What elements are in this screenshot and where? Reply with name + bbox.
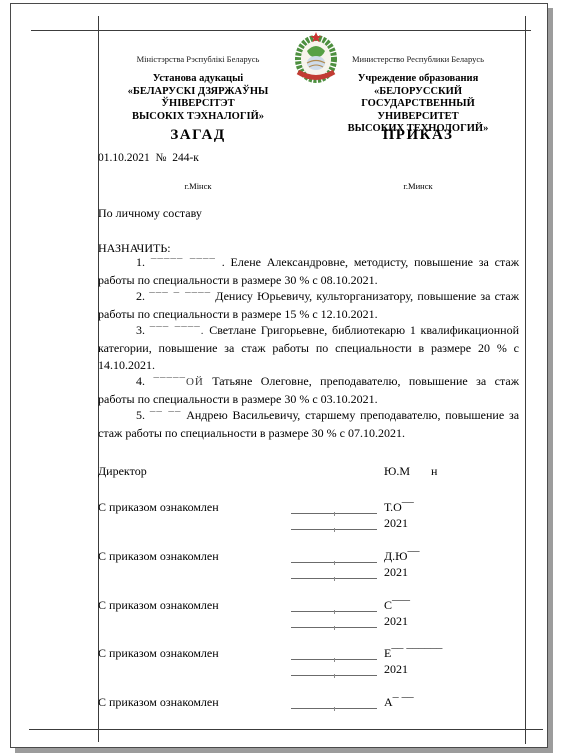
date-line: [291, 529, 377, 530]
signature-line: [291, 708, 377, 709]
signer-initials: С¯¯¯: [384, 597, 410, 614]
appointment-item: 5. ¯¯ ¯¯ Андрею Васильевичу, старшему пр…: [98, 407, 519, 441]
signature-line: [291, 611, 377, 612]
right-margin-line: [525, 16, 526, 744]
appointment-item: 3. ¯¯¯ ¯¯¯¯. Светлане Григорьевне, библи…: [98, 322, 519, 373]
acknowledgement-block: С приказом ознакомлен Д.Ю¯¯ 2021: [98, 548, 519, 584]
ministry-name-russian: Министерство Республики Беларусь: [318, 54, 518, 64]
appointment-item: 1. ¯¯¯¯¯ ¯¯¯¯ . Елене Александровне, мет…: [98, 254, 519, 288]
signature-line: [291, 562, 377, 563]
year-label: 2021: [384, 613, 408, 630]
redacted-surname: ¯¯¯ ¯¯¯¯.: [150, 325, 205, 337]
redacted-surname: ¯¯ ¯¯: [150, 410, 182, 422]
acknowledgement-label: С приказом ознакомлен: [98, 645, 219, 662]
date-line: [291, 675, 377, 676]
signature-line: [291, 659, 377, 660]
appointment-item: 4. ¯¯¯¯¯ОЙ Татьяне Олеговне, преподавате…: [98, 373, 519, 407]
date-line: [291, 578, 377, 579]
item-number: 2.: [136, 289, 149, 303]
redacted-surname: ¯¯¯¯¯ ¯¯¯¯: [151, 257, 216, 269]
document-page: Міністэрства Рэспублікі Беларусь Министе…: [10, 3, 548, 748]
director-signature-row: Директор Ю.М н: [98, 463, 519, 480]
city-russian: г.Минск: [318, 181, 518, 191]
ministry-name-belarusian: Міністэрства Рэспублікі Беларусь: [98, 54, 298, 64]
director-name-initials: Ю.М: [384, 463, 410, 480]
document-title-russian: ПРИКАЗ: [318, 127, 518, 144]
year-label: 2021: [384, 661, 408, 678]
order-subject: По личному составу: [98, 205, 202, 222]
appointment-item: 2. ¯¯¯ ¯ ¯¯¯¯ Денису Юрьевичу, культорга…: [98, 288, 519, 322]
acknowledgement-label: С приказом ознакомлен: [98, 548, 219, 565]
acknowledgement-block: С приказом ознакомлен Е¯¯ ¯¯¯¯¯¯ 2021: [98, 645, 519, 681]
item-number: 3.: [136, 323, 150, 337]
acknowledgement-label: С приказом ознакомлен: [98, 499, 219, 516]
director-label: Директор: [98, 464, 147, 478]
acknowledgement-label: С приказом ознакомлен: [98, 694, 219, 711]
year-label: 2021: [384, 564, 408, 581]
signer-initials: Т.О¯¯: [384, 499, 414, 516]
director-name-fragment: н: [431, 463, 437, 480]
acknowledgement-block: С приказом ознакомлен С¯¯¯ 2021: [98, 597, 519, 633]
top-margin-line: [31, 30, 531, 31]
order-date-number: 01.10.2021 № 244-к: [98, 152, 199, 164]
organization-name-belarusian: Установа адукацыі «БЕЛАРУСКІ ДЗЯРЖАЎНЫ Ў…: [98, 73, 298, 123]
acknowledgement-label: С приказом ознакомлен: [98, 597, 219, 614]
acknowledgement-block: С приказом ознакомлен А¯ ¯¯: [98, 694, 519, 730]
signer-initials: Е¯¯ ¯¯¯¯¯¯: [384, 645, 442, 662]
appointment-list: 1. ¯¯¯¯¯ ¯¯¯¯ . Елене Александровне, мет…: [98, 254, 519, 442]
redacted-surname: ¯¯¯ ¯ ¯¯¯¯: [149, 291, 211, 303]
acknowledgement-block: С приказом ознакомлен Т.О¯¯ 2021: [98, 499, 519, 535]
city-belarusian: г.Мінск: [98, 181, 298, 191]
signer-initials: А¯ ¯¯: [384, 694, 414, 711]
item-number: 5.: [136, 408, 150, 422]
date-line: [291, 627, 377, 628]
signature-line: [291, 513, 377, 514]
item-number: 1.: [136, 255, 151, 269]
item-number: 4.: [136, 374, 153, 388]
year-label: 2021: [384, 515, 408, 532]
redacted-surname: ¯¯¯¯¯ОЙ: [153, 376, 203, 388]
document-title-belarusian: ЗАГАД: [98, 127, 298, 144]
signer-initials: Д.Ю¯¯: [384, 548, 420, 565]
